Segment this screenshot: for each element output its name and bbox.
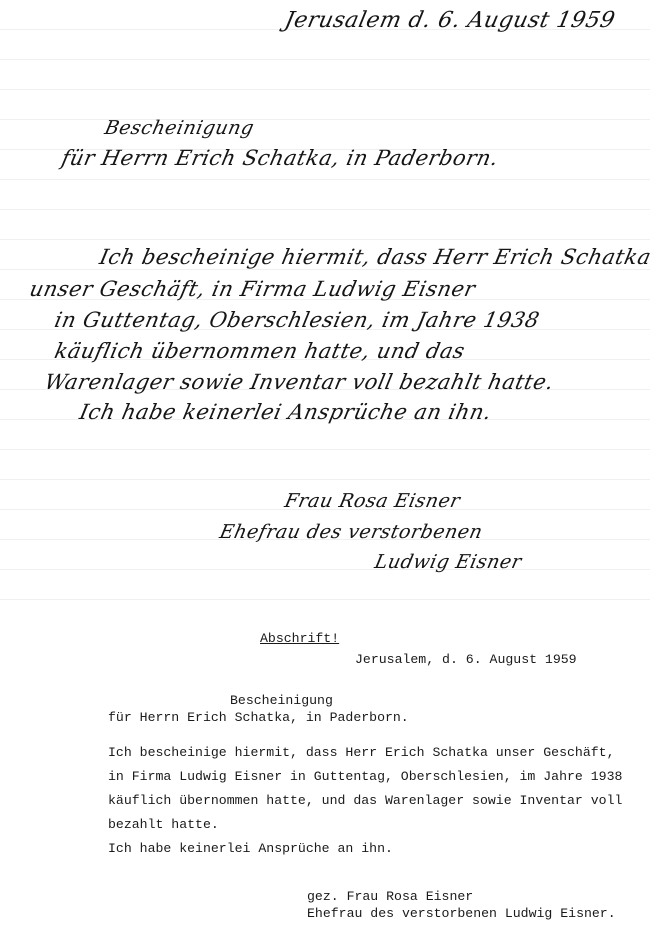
handwritten-body-line: unser Geschäft, in Firma Ludwig Eisner <box>27 277 477 301</box>
handwritten-date-line: Jerusalem d. 6. August 1959 <box>282 8 617 33</box>
typed-title: Bescheinigung <box>230 693 333 708</box>
handwritten-title: Bescheinigung <box>103 117 256 139</box>
typed-body-line: bezahlt hatte. <box>108 817 219 832</box>
handwritten-body-line: käuflich übernommen hatte, und das <box>52 339 467 363</box>
typed-signature-title: Ehefrau des verstorbenen Ludwig Eisner. <box>307 906 616 921</box>
handwritten-signature-title: Ehefrau des verstorbenen <box>218 521 485 543</box>
handwritten-signature-name: Frau Rosa Eisner <box>283 490 463 512</box>
typed-heading: Abschrift! <box>260 631 339 646</box>
typed-body-line: Ich habe keinerlei Ansprüche an ihn. <box>108 841 393 856</box>
typed-recipient-line: für Herrn Erich Schatka, in Paderborn. <box>108 710 409 725</box>
typed-body-line: Ich bescheinige hiermit, dass Herr Erich… <box>108 745 614 760</box>
handwritten-recipient-line: für Herrn Erich Schatka, in Paderborn. <box>59 146 500 170</box>
typed-date-line: Jerusalem, d. 6. August 1959 <box>355 652 577 667</box>
handwritten-body-line: Ich bescheinige hiermit, dass Herr Erich… <box>97 245 650 269</box>
typed-body-line: käuflich übernommen hatte, und das Waren… <box>108 793 622 808</box>
typed-body-line: in Firma Ludwig Eisner in Guttentag, Obe… <box>108 769 622 784</box>
typed-signature-name: gez. Frau Rosa Eisner <box>307 889 473 904</box>
handwritten-body-line: Ich habe keinerlei Ansprüche an ihn. <box>77 400 493 424</box>
handwritten-signature-deceased: Ludwig Eisner <box>373 551 524 573</box>
handwritten-body-line: in Guttentag, Oberschlesien, im Jahre 19… <box>52 308 541 332</box>
handwritten-body-line: Warenlager sowie Inventar voll bezahlt h… <box>42 370 556 394</box>
